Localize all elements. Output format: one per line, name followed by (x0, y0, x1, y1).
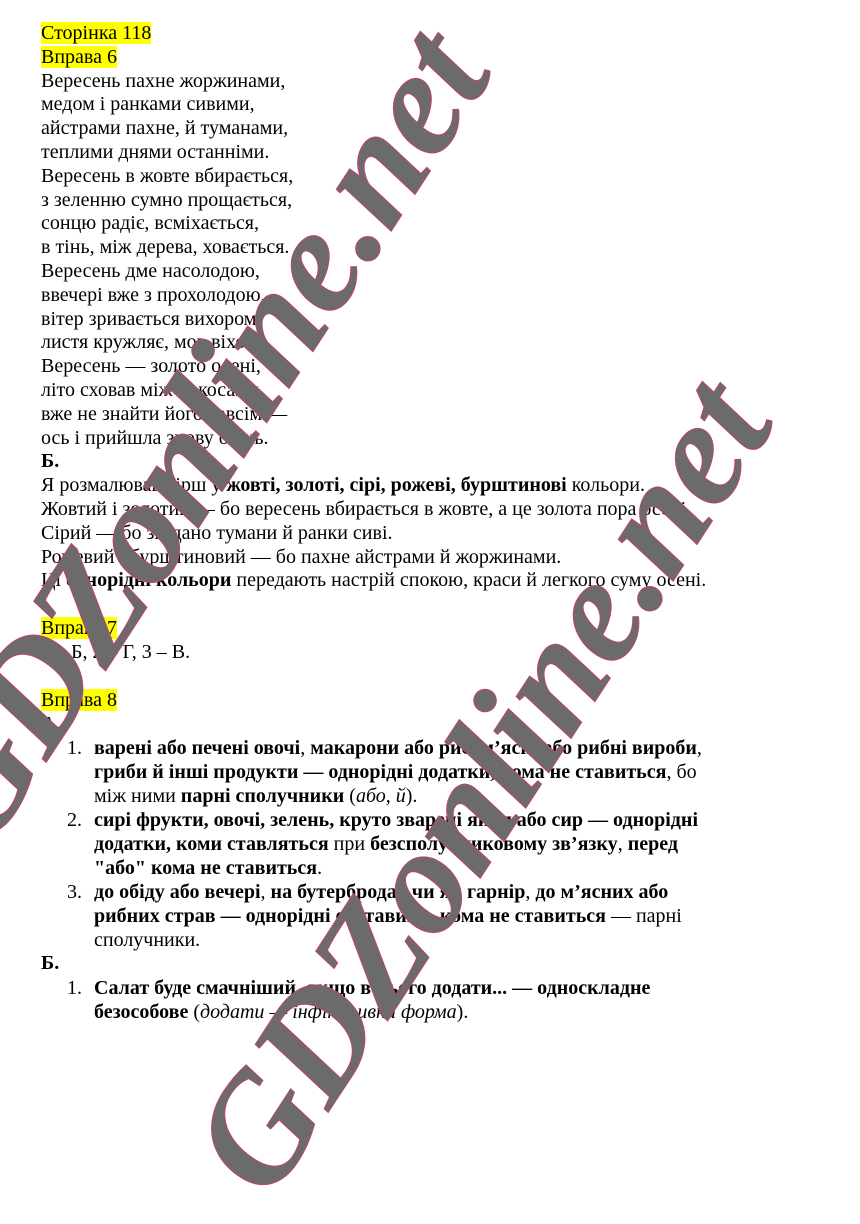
poem: Вересень пахне жоржинами,медом і ранками… (41, 70, 851, 451)
ex6-b-line-4: Рожевий і бурштиновий — бо пахне айстрам… (41, 546, 851, 570)
poem-line: Вересень пахне жоржинами, (41, 70, 851, 94)
ex8-part-b-list: 1. Салат буде смачніший, якщо в нього до… (41, 976, 851, 1024)
ex6-b-line-2: Жовтий і золотий — бо вересень вбираєтьс… (41, 498, 851, 522)
poem-line: вже не знайти його зовсім — (41, 403, 851, 427)
list-item: 2. сирі фрукти, овочі, зелень, круто зва… (41, 808, 851, 880)
poem-line: вітер зривається вихором, (41, 308, 851, 332)
ex6-b-line-5: Ці однорідні кольори передають настрій с… (41, 569, 851, 593)
document-page: Сторінка 118 Вправа 6 Вересень пахне жор… (41, 22, 851, 1024)
poem-line: медом і ранками сивими, (41, 93, 851, 117)
poem-line: з зеленню сумно прощається, (41, 189, 851, 213)
exercise-6-title: Вправа 6 (41, 46, 117, 68)
poem-line: листя кружляє, мов віхола. (41, 331, 851, 355)
list-item: 1. варені або печені овочі, макарони або… (41, 736, 851, 808)
exercise-7-answer: 1 – Б, 2 – Г, 3 – В. (41, 641, 851, 665)
ex8-part-a-label: А. (41, 713, 851, 737)
ex8-part-b-label: Б. (41, 952, 851, 976)
poem-line: айстрами пахне, й туманами, (41, 117, 851, 141)
list-item: 1. Салат буде смачніший, якщо в нього до… (41, 976, 851, 1024)
poem-line: ввечері вже з прохолодою, (41, 284, 851, 308)
poem-line: в тінь, між дерева, ховається. (41, 236, 851, 260)
ex6-b-line-1: Я розмалював вірш у жовті, золоті, сірі,… (41, 474, 851, 498)
page-header: Сторінка 118 (41, 22, 151, 44)
poem-line: Вересень дме насолодою, (41, 260, 851, 284)
ex6-part-b-label: Б. (41, 450, 851, 474)
poem-line: літо сховав між покосами, (41, 379, 851, 403)
exercise-7-title: Вправа 7 (41, 617, 117, 639)
ex6-b-line-3: Сірий — бо згадано тумани й ранки сиві. (41, 522, 851, 546)
poem-line: Вересень — золото осені, (41, 355, 851, 379)
list-item: 3. до обіду або вечері, на бутербродах ч… (41, 880, 851, 952)
exercise-8-title: Вправа 8 (41, 689, 117, 711)
poem-line: сонцю радіє, всміхається, (41, 212, 851, 236)
poem-line: теплими днями останніми. (41, 141, 851, 165)
poem-line: Вересень в жовте вбирається, (41, 165, 851, 189)
ex8-part-a-list: 1. варені або печені овочі, макарони або… (41, 736, 851, 952)
poem-line: ось і прийшла знову осінь. (41, 427, 851, 451)
